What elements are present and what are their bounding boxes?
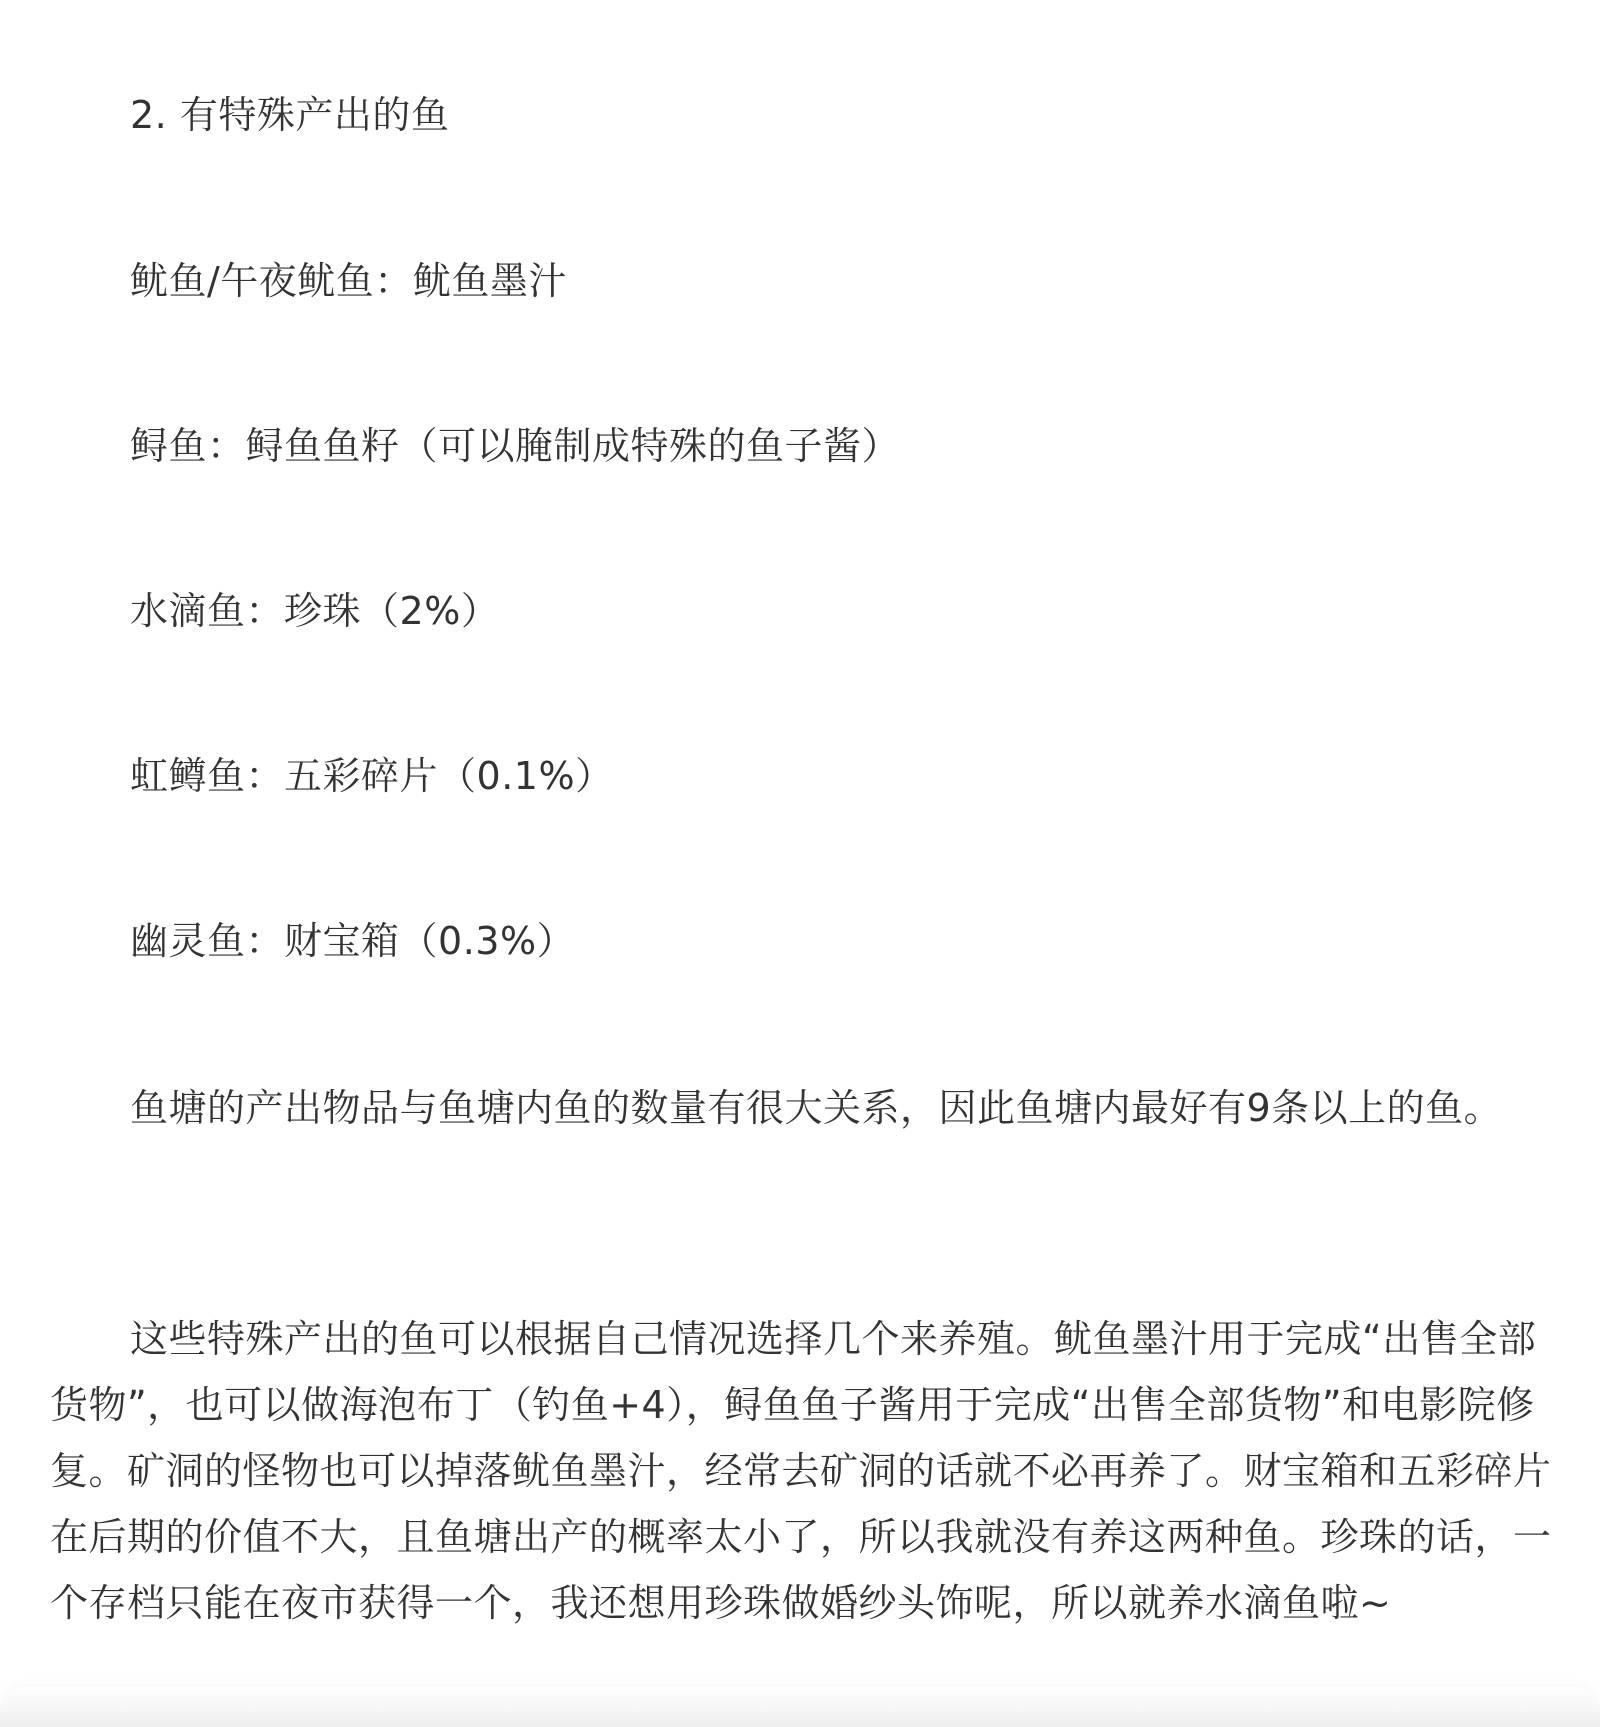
fish-name: 虹鳟鱼 — [130, 754, 246, 798]
fish-product: 珍珠（2%） — [284, 589, 499, 633]
separator: ： — [374, 259, 413, 303]
fish-product: 五彩碎片（0.1%） — [284, 754, 614, 798]
fish-name: 水滴鱼 — [130, 589, 246, 633]
section-heading: 2. 有特殊产出的鱼 — [130, 90, 449, 140]
fish-product: 财宝箱（0.3%） — [284, 919, 575, 963]
separator: ： — [207, 424, 246, 468]
fish-item-rainbow-trout: 虹鳟鱼：五彩碎片（0.1%） — [130, 751, 614, 801]
fish-name: 鲟鱼 — [130, 424, 207, 468]
paragraph-recommendation: 这些特殊产出的鱼可以根据自己情况选择几个来养殖。鱿鱼墨汁用于完成“出售全部货物”… — [50, 1306, 1560, 1636]
separator: ： — [246, 919, 285, 963]
fish-product: 鲟鱼鱼籽（可以腌制成特殊的鱼子酱） — [246, 424, 901, 468]
bottom-fade-edge — [0, 1687, 1600, 1727]
fish-item-squid: 鱿鱼/午夜鱿鱼：鱿鱼墨汁 — [130, 256, 567, 306]
fish-product: 鱿鱼墨汁 — [413, 259, 567, 303]
fish-item-sturgeon: 鲟鱼：鲟鱼鱼籽（可以腌制成特殊的鱼子酱） — [130, 421, 900, 471]
fish-item-ghostfish: 幽灵鱼：财宝箱（0.3%） — [130, 916, 575, 966]
fish-name: 鱿鱼/午夜鱿鱼 — [130, 259, 374, 303]
separator: ： — [246, 589, 285, 633]
fish-name: 幽灵鱼 — [130, 919, 246, 963]
paragraph-pond-quantity: 鱼塘的产出物品与鱼塘内鱼的数量有很大关系，因此鱼塘内最好有9条以上的鱼。 — [50, 1075, 1560, 1141]
fish-item-blobfish: 水滴鱼：珍珠（2%） — [130, 586, 499, 636]
separator: ： — [246, 754, 285, 798]
